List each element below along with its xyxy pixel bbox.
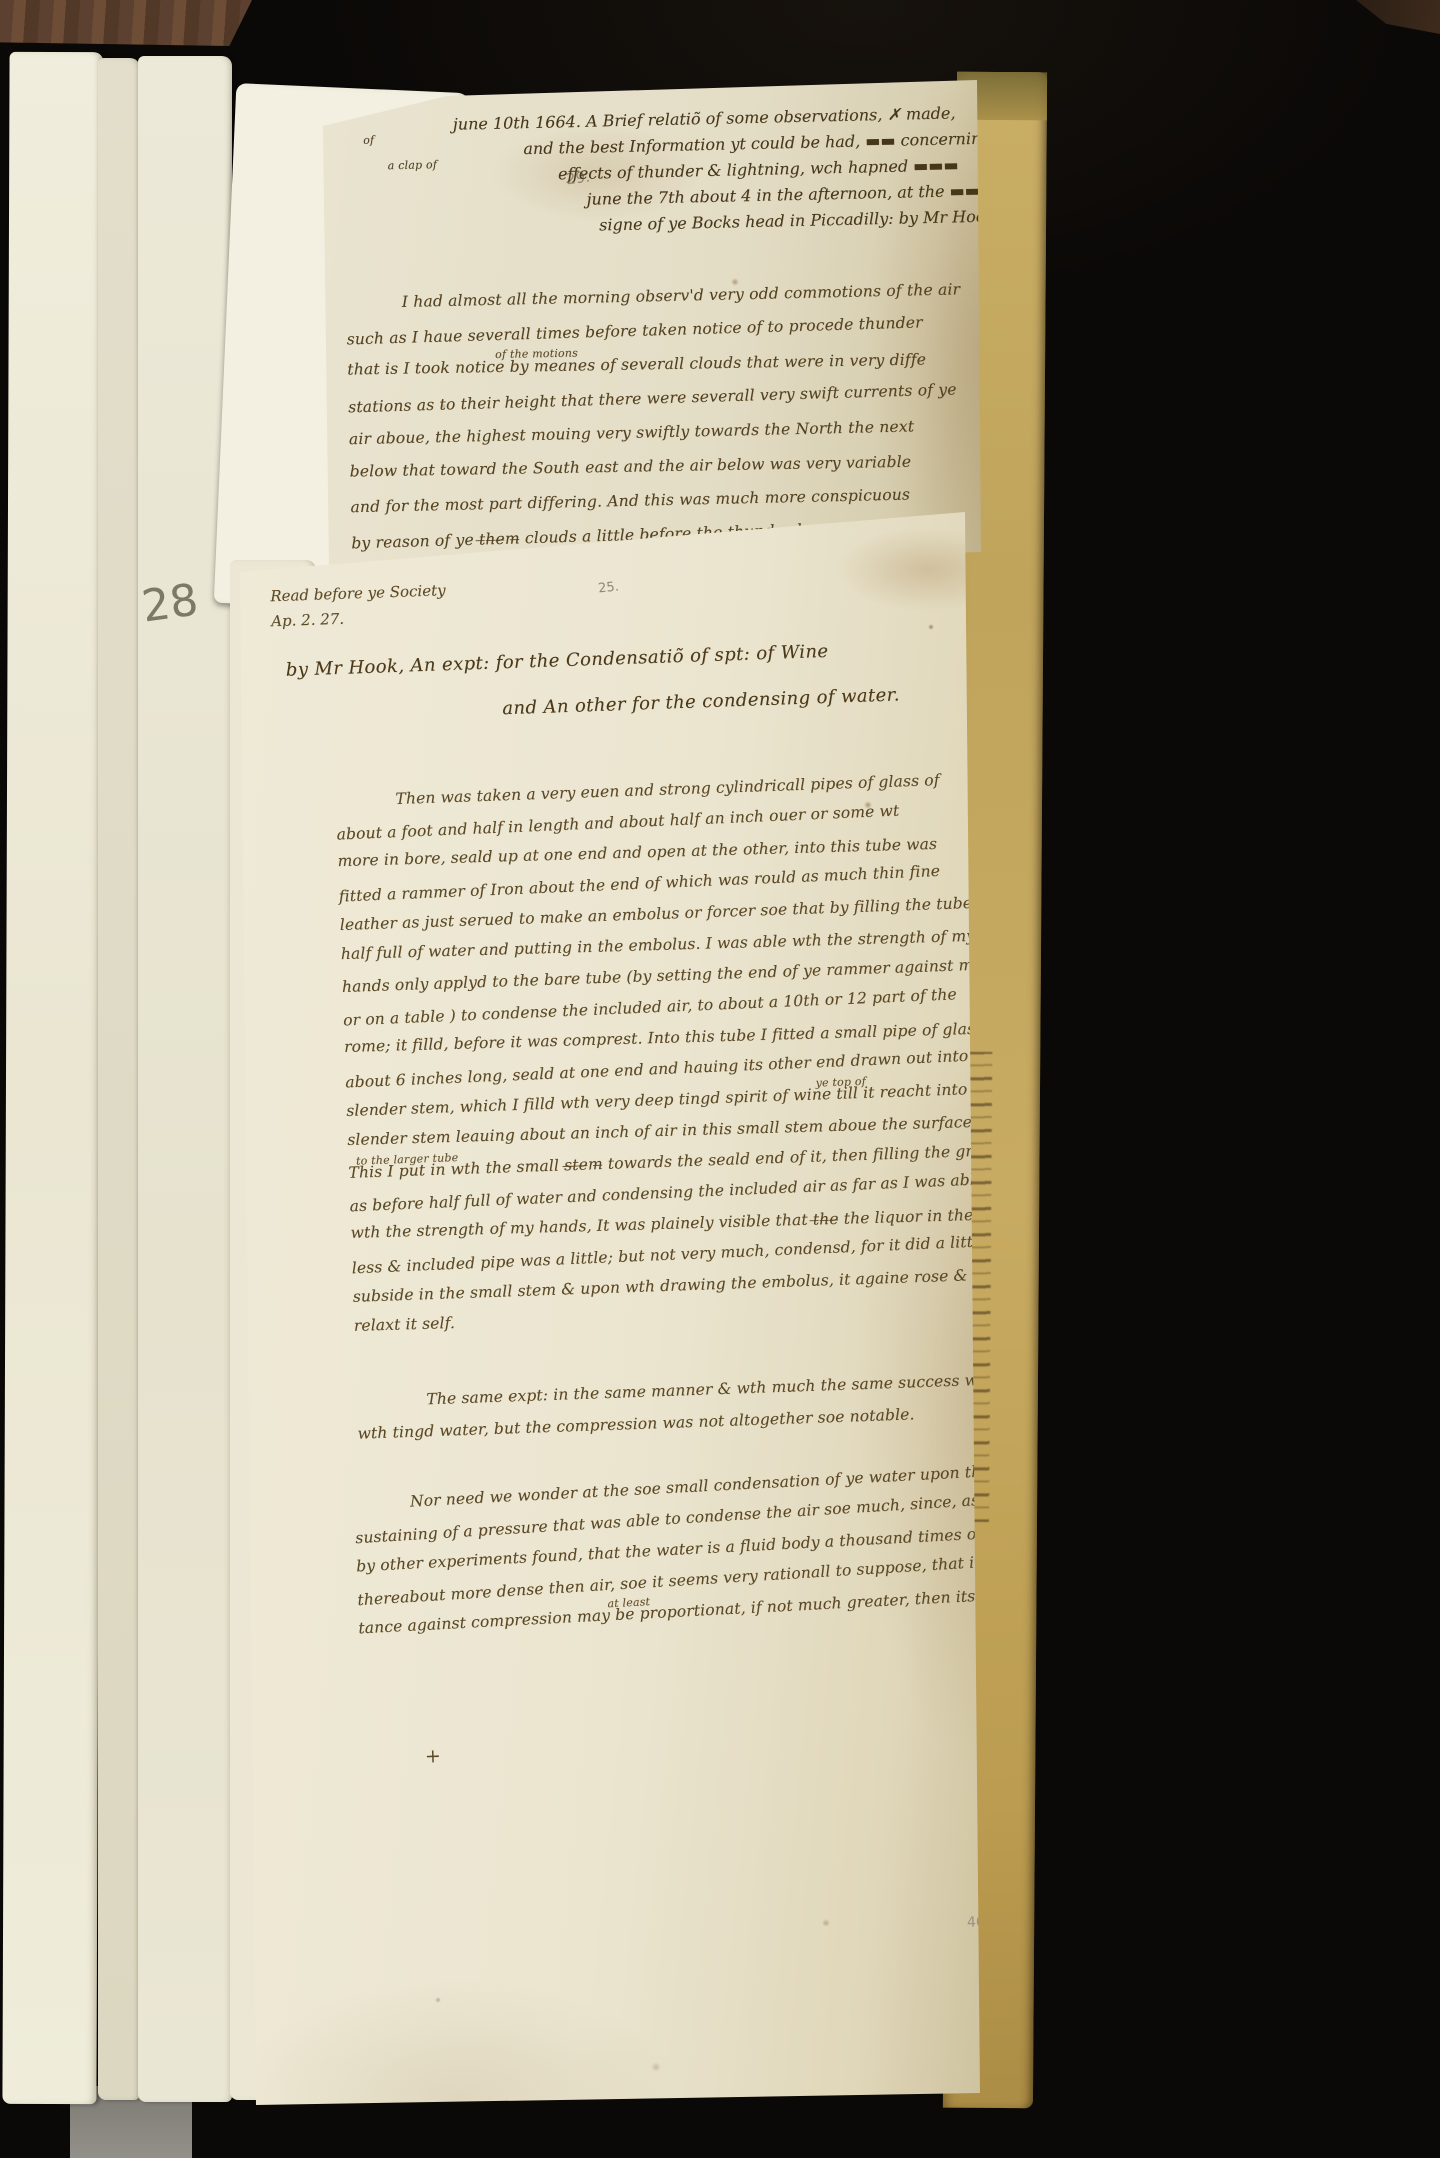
report-heading: june 10th 1664. A Brief relatiõ of some … (335, 100, 968, 244)
table-wood-top-left (0, 0, 252, 46)
handwritten-line: Ap. 2. 27. (271, 603, 447, 634)
inserted-manuscript-page: Read before ye SocietyAp. 2. 27. 25. by … (228, 505, 988, 2115)
cross-mark: + (424, 1745, 441, 1768)
margin-note-read-before-society: Read before ye SocietyAp. 2. 27. (270, 578, 447, 634)
interlinear-insertion: of the motions (495, 337, 578, 372)
interlinear-insertion: a clap of (387, 152, 437, 179)
report-body: I had almost all the morning observ'd ve… (345, 272, 981, 558)
experiment-title: by Mr Hook, An expt: for the Condensatiõ… (285, 625, 928, 739)
manuscript-photo: 28 29. june 10th 1664. A Brief relatiõ o… (0, 0, 1440, 2158)
experiment-paragraph-3: Nor need we wonder at the soe small cond… (353, 1462, 998, 1639)
folio-number-lower-page: 25. (597, 579, 619, 596)
experiment-paragraph-1: Then was taken a very euen and strong cy… (335, 764, 994, 1344)
interlinear-insertion: ye top of (815, 1066, 866, 1099)
upper-manuscript-page: 29. june 10th 1664. A Brief relatiõ of s… (315, 74, 983, 569)
upper-page-content: 29. june 10th 1664. A Brief relatiõ of s… (314, 60, 993, 570)
page-edge-stack-1 (2, 52, 103, 2104)
lower-page-content: Read before ye SocietyAp. 2. 27. 25. by … (223, 481, 1039, 2117)
folio-number-left-page: 28 (139, 574, 202, 632)
experiment-paragraph-2: The same expt: in the same manner & wth … (356, 1363, 998, 1449)
interlinear-insertion: of (363, 128, 375, 154)
interlinear-insertion: to the larger tube (356, 1142, 459, 1177)
page-edge-stack-3 (138, 56, 232, 2102)
interlinear-insertion: at least (607, 1586, 651, 1619)
table-wood-top-right (1320, 0, 1440, 34)
page-edge-stack-2 (98, 58, 140, 2100)
